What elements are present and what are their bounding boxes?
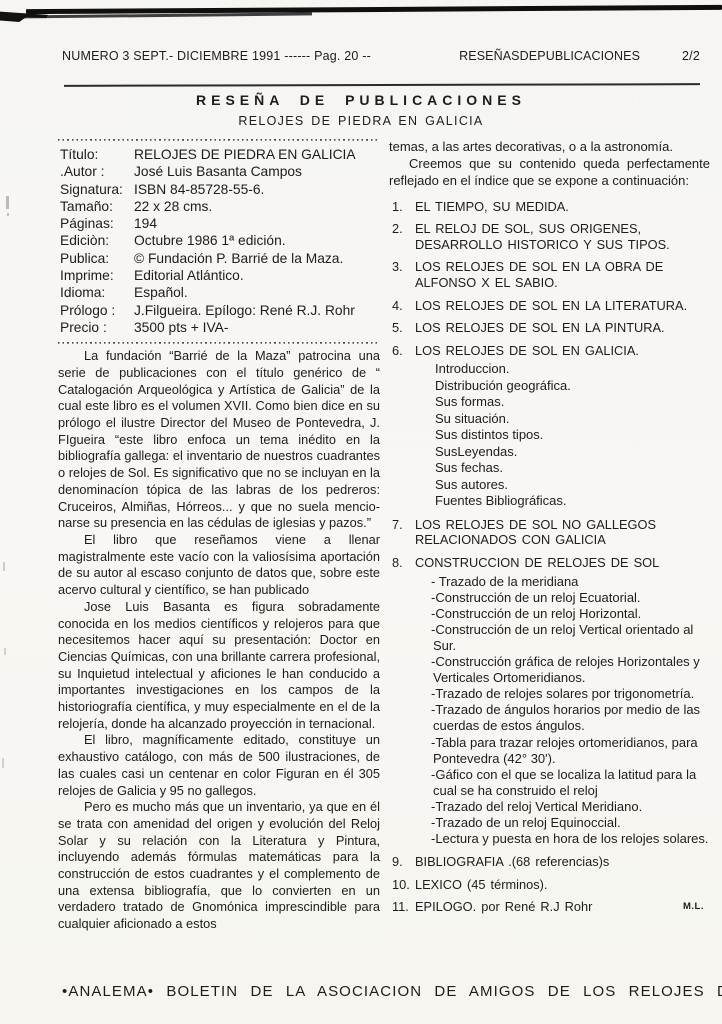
header-rule: [64, 83, 700, 87]
meta-value: 3500 pts + IVA-: [134, 319, 380, 336]
index-dash-item: -Construcción de un reloj Horizontal.: [429, 606, 710, 622]
index-dash-item: -Trazado de ángulos horarios por medio d…: [429, 702, 710, 734]
index-subitem: Introduccion.: [435, 361, 710, 378]
metadata-row: Ediciòn:Octubre 1986 1ª edición.: [60, 232, 380, 249]
index-sublist: Introduccion.Distribución geográfica.Sus…: [389, 361, 710, 510]
continuation-paragraph: temas, a las artes decorativas, o a la a…: [389, 138, 710, 155]
index-item: 2.EL RELOJ DE SOL, SUS ORIGENES, DESARRO…: [389, 221, 710, 252]
index-subitem: Sus fechas.: [435, 460, 710, 477]
header-page-indicator: 2/2: [682, 49, 700, 63]
index-number: 7.: [392, 517, 415, 548]
index-subitem: SusLeyendas.: [435, 444, 710, 461]
index-number: 9.: [392, 854, 415, 870]
meta-label: Título:: [60, 146, 134, 163]
metadata-row: Prólogo :J.Filgueira. Epílogo: René R.J.…: [60, 302, 380, 319]
index-dash-item: -Gáfico con el que se localiza la latitu…: [429, 767, 710, 799]
metadata-row: Idioma:Español.: [60, 284, 380, 301]
index-subitem: Sus distintos tipos.: [435, 427, 710, 444]
index-list: 1.EL TIEMPO, SU MEDIDA.2.EL RELOJ DE SOL…: [389, 199, 710, 915]
meta-value: Español.: [134, 284, 380, 301]
metadata-row: Publica:© Fundación P. Barrié de la Maza…: [60, 250, 380, 267]
meta-value: © Fundación P. Barrié de la Maza.: [134, 250, 380, 267]
meta-label: Prólogo :: [60, 302, 134, 319]
meta-label: Imprime:: [60, 267, 134, 284]
index-dash-item: -Trazado del reloj Vertical Meridiano.: [429, 799, 710, 815]
dotted-divider-bottom: [58, 341, 380, 344]
index-number: 5.: [392, 320, 415, 336]
index-text: EL TIEMPO, SU MEDIDA.: [415, 199, 710, 215]
index-dash-item: -Lectura y puesta en hora de los relojes…: [429, 831, 710, 847]
metadata-row: Signatura:ISBN 84-85728-55-6.: [60, 181, 380, 198]
review-paragraphs: La fundación “Barrié de la Maza” patroci…: [58, 348, 380, 933]
metadata-row: Páginas:194: [60, 215, 380, 232]
index-item: 10.LEXICO (45 términos).: [389, 877, 710, 893]
index-item: 3.LOS RELOJES DE SOL EN LA OBRA DE ALFON…: [389, 259, 710, 290]
intro-paragraph: Creemos que su contenido queda perfectam…: [389, 155, 710, 189]
meta-value: 22 x 28 cms.: [134, 198, 380, 215]
index-item: 11.EPILOGO. por René R.J Rohr: [389, 899, 710, 915]
right-column: temas, a las artes decorativas, o a la a…: [389, 136, 710, 933]
review-paragraph: El libro que reseñamos viene a llenar ma…: [58, 532, 380, 599]
meta-label: Publica:: [60, 250, 134, 267]
page-title: RESEÑA DE PUBLICACIONES: [0, 92, 722, 108]
index-item: 8.CONSTRUCCION DE RELOJES DE SOL: [389, 555, 710, 571]
index-dash-item: -Tabla para trazar relojes ortomeridiano…: [429, 735, 710, 767]
index-item: 5.LOS RELOJES DE SOL EN LA PINTURA.: [389, 320, 710, 336]
index-number: 11.: [392, 899, 415, 915]
meta-value: Octubre 1986 1ª edición.: [134, 232, 380, 249]
scan-artifact-bar: [26, 5, 722, 14]
index-text: BIBLIOGRAFIA .(68 referencias)s: [415, 854, 710, 870]
meta-value: J.Filgueira. Epílogo: René R.J. Rohr: [134, 302, 380, 319]
dotted-divider-top: [58, 138, 380, 141]
metadata-row: Precio :3500 pts + IVA-: [60, 319, 380, 336]
meta-label: Signatura:: [60, 181, 134, 198]
index-text: LOS RELOJES DE SOL EN LA PINTURA.: [415, 320, 710, 336]
index-number: 2.: [392, 221, 415, 252]
scan-artifact: [3, 562, 5, 571]
meta-label: Tamaño:: [60, 198, 134, 215]
meta-value: RELOJES DE PIEDRA EN GALICIA: [134, 146, 380, 163]
index-text: EL RELOJ DE SOL, SUS ORIGENES, DESARROLL…: [415, 221, 710, 252]
index-dash-item: - Trazado de la meridiana: [429, 574, 710, 590]
scan-artifact: [7, 213, 9, 216]
meta-value: Editorial Atlántico.: [134, 267, 380, 284]
meta-value: ISBN 84-85728-55-6.: [134, 181, 380, 198]
index-text: LEXICO (45 términos).: [415, 877, 710, 893]
index-text: CONSTRUCCION DE RELOJES DE SOL: [415, 555, 710, 571]
meta-label: Ediciòn:: [60, 232, 134, 249]
index-number: 1.: [392, 199, 415, 215]
index-dash-item: -Construcción de un reloj Ecuatorial.: [429, 590, 710, 606]
review-paragraph: Jose Luis Basanta es figura sobradamente…: [58, 599, 380, 733]
scan-artifact: [6, 196, 9, 209]
review-paragraph: La fundación “Barrié de la Maza” patroci…: [58, 348, 380, 532]
index-dash-item: -Trazado de un reloj Equinoccial.: [429, 815, 710, 831]
review-paragraph: Pero es mucho más que un inventario, ya …: [58, 799, 380, 933]
meta-label: .Autor :: [60, 163, 134, 180]
header-section: RESEÑAS DE PUBLICACIONES: [459, 49, 640, 63]
index-item: 9.BIBLIOGRAFIA .(68 referencias)s: [389, 854, 710, 870]
index-text: EPILOGO. por René R.J Rohr: [415, 899, 710, 915]
left-column: Título:RELOJES DE PIEDRA EN GALICIA.Auto…: [58, 136, 380, 933]
meta-label: Páginas:: [60, 215, 134, 232]
scanned-page: NUMERO 3 SEPT.- DICIEMBRE 1991 ------ Pa…: [0, 0, 722, 1024]
index-text: LOS RELOJES DE SOL EN GALICIA.: [415, 343, 710, 359]
metadata-row: Imprime:Editorial Atlántico.: [60, 267, 380, 284]
index-subitem: Su situación.: [435, 411, 710, 428]
metadata-row: .Autor :José Luis Basanta Campos: [60, 163, 380, 180]
page-header: NUMERO 3 SEPT.- DICIEMBRE 1991 ------ Pa…: [62, 49, 700, 63]
index-text: LOS RELOJES DE SOL EN LA OBRA DE ALFONSO…: [415, 259, 710, 290]
index-number: 10.: [392, 877, 415, 893]
review-paragraph: El libro, magníficamente editado, consti…: [58, 732, 380, 799]
index-number: 6.: [392, 343, 415, 359]
header-issue-date: NUMERO 3 SEPT.- DICIEMBRE 1991 ------ Pa…: [62, 49, 371, 63]
meta-value: José Luis Basanta Campos: [134, 163, 380, 180]
index-text: LOS RELOJES DE SOL NO GALLEGOS RELACIONA…: [415, 517, 710, 548]
index-dashlist: - Trazado de la meridiana-Construcción d…: [389, 574, 710, 848]
index-item: 7.LOS RELOJES DE SOL NO GALLEGOS RELACIO…: [389, 517, 710, 548]
index-number: 4.: [392, 298, 415, 314]
metadata-row: Título:RELOJES DE PIEDRA EN GALICIA: [60, 146, 380, 163]
index-dash-item: -Construcción de un reloj Vertical orien…: [429, 622, 710, 654]
metadata-row: Tamaño:22 x 28 cms.: [60, 198, 380, 215]
meta-label: Precio :: [60, 319, 134, 336]
content-columns: Título:RELOJES DE PIEDRA EN GALICIA.Auto…: [58, 136, 710, 933]
index-item: 1.EL TIEMPO, SU MEDIDA.: [389, 199, 710, 215]
index-item: 4.LOS RELOJES DE SOL EN LA LITERATURA.: [389, 298, 710, 314]
index-subitem: Sus autores.: [435, 477, 710, 494]
scan-artifact: [4, 648, 6, 655]
index-number: 8.: [392, 555, 415, 571]
index-dash-item: -Trazado de relojes solares por trigonom…: [429, 686, 710, 702]
index-text: LOS RELOJES DE SOL EN LA LITERATURA.: [415, 298, 710, 314]
index-dash-item: -Construcción gráfica de relojes Horizon…: [429, 654, 710, 686]
index-item: 6.LOS RELOJES DE SOL EN GALICIA.: [389, 343, 710, 359]
metadata-table: Título:RELOJES DE PIEDRA EN GALICIA.Auto…: [58, 144, 380, 337]
page-subtitle: RELOJES DE PIEDRA EN GALICIA: [0, 114, 722, 128]
index-subitem: Distribución geográfica.: [435, 378, 710, 395]
index-number: 3.: [392, 259, 415, 290]
meta-label: Idioma:: [60, 284, 134, 301]
index-subitem: Fuentes Bibliográficas.: [435, 493, 710, 510]
scan-artifact: [2, 758, 4, 768]
meta-value: 194: [134, 215, 380, 232]
footer-text: •ANALEMA• BOLETIN DE LA ASOCIACION DE AM…: [62, 983, 710, 1000]
index-subitem: Sus formas.: [435, 394, 710, 411]
